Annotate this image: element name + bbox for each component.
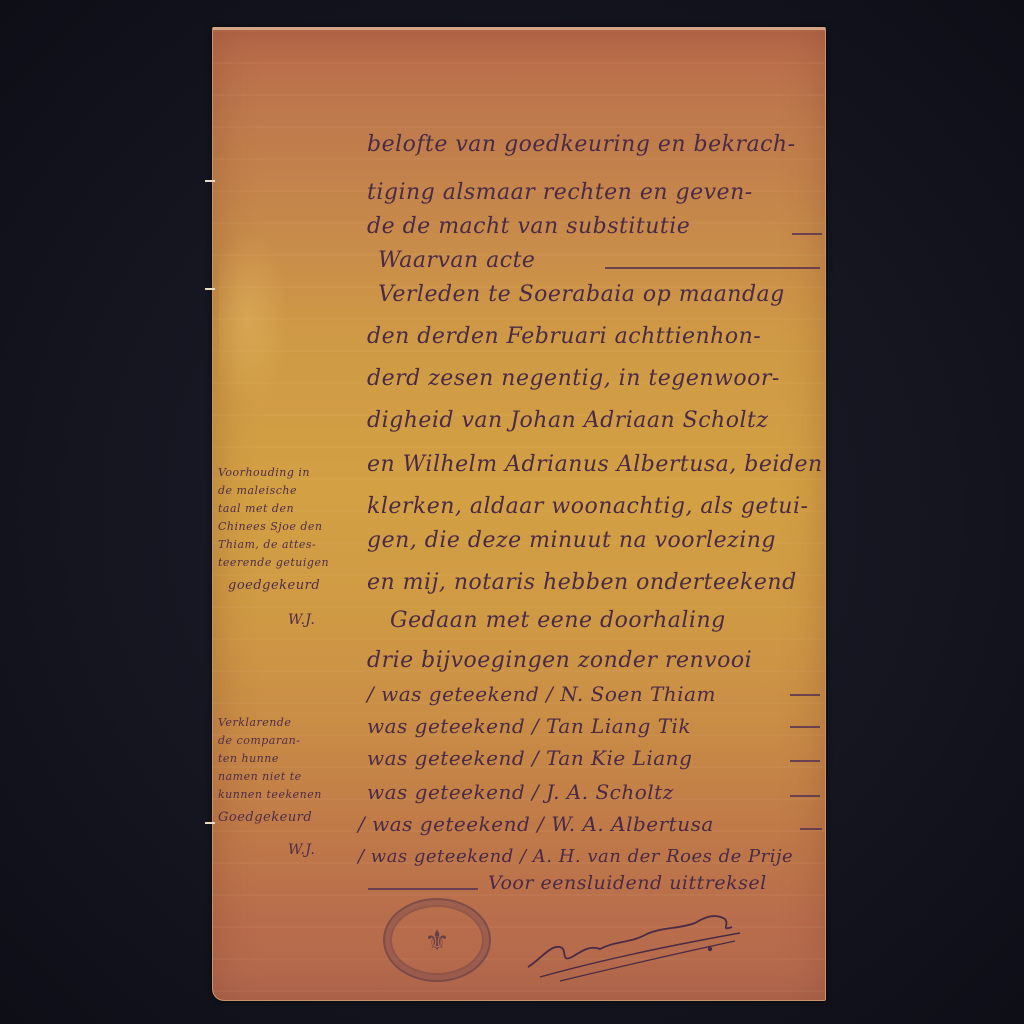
margin-note-line: Verklarende [218,716,291,729]
margin-note-line: ten hunne [218,752,279,765]
margin-note-line: namen niet te [218,770,302,783]
text-line: Gedaan met eene doorhaling [390,608,726,633]
text-line: belofte van goedkeuring en bekrach- [367,132,796,157]
line-filler-rule [790,760,820,762]
binding-thread [205,180,215,182]
margin-initials: W.J. [288,612,315,628]
text-line: en mij, notaris hebben onderteekend [367,570,797,595]
margin-note-line: Thiam, de attes- [218,538,316,551]
margin-note-line: de maleische [218,484,297,497]
line-filler-rule [800,828,822,830]
text-line: drie bijvoegingen zonder renvooi [367,648,752,673]
paper-stain [219,230,289,410]
text-line: / was geteekend / W. A. Albertusa [358,812,714,836]
text-line: Voor eensluidend uittreksel [488,872,767,894]
text-line: Waarvan acte [378,248,535,273]
line-filler-rule [605,267,820,269]
margin-note-line: Voorhouding in [218,466,310,479]
text-line: was geteekend / Tan Liang Tik [367,714,691,738]
margin-note-line: taal met den [218,502,294,515]
binding-thread [205,288,215,290]
text-line: derd zesen negentig, in tegenwoor- [367,366,780,391]
margin-note-line: kunnen teekenen [218,788,322,801]
text-line: klerken, aldaar woonachtig, als getui- [367,494,808,519]
text-line: en Wilhelm Adrianus Albertusa, beiden [367,452,823,477]
margin-note-line: Goedgekeurd [218,810,312,825]
text-line: gen, die deze minuut na voorlezing [367,528,776,553]
text-line: tiging alsmaar rechten en geven- [367,180,753,205]
text-line: Verleden te Soerabaia op maandag [378,282,785,307]
line-filler-rule [790,795,820,797]
text-line: / was geteekend / N. Soen Thiam [367,682,716,706]
line-filler-rule [792,233,822,235]
notary-signature [520,905,750,985]
margin-note-line: Chinees Sjoe den [218,520,322,533]
margin-note-line: de comparan- [218,734,300,747]
text-line: den derden Februari achttienhon- [367,324,761,349]
binding-thread [205,822,215,824]
text-line: digheid van Johan Adriaan Scholtz [367,408,768,433]
margin-note-line: teerende getuigen [218,556,329,569]
text-line: was geteekend / Tan Kie Liang [367,746,692,770]
margin-note-line: goedgekeurd [228,578,320,593]
notary-seal: ⚜ [383,898,491,982]
coat-of-arms-icon: ⚜ [424,924,449,957]
text-line: de de macht van substitutie [367,214,690,239]
margin-initials: W.J. [288,842,315,858]
line-filler-rule [790,694,820,696]
text-line: was geteekend / J. A. Scholtz [367,780,674,804]
line-filler-rule [790,726,820,728]
line-filler-rule [368,888,478,890]
text-line: / was geteekend / A. H. van der Roes de … [358,846,793,867]
